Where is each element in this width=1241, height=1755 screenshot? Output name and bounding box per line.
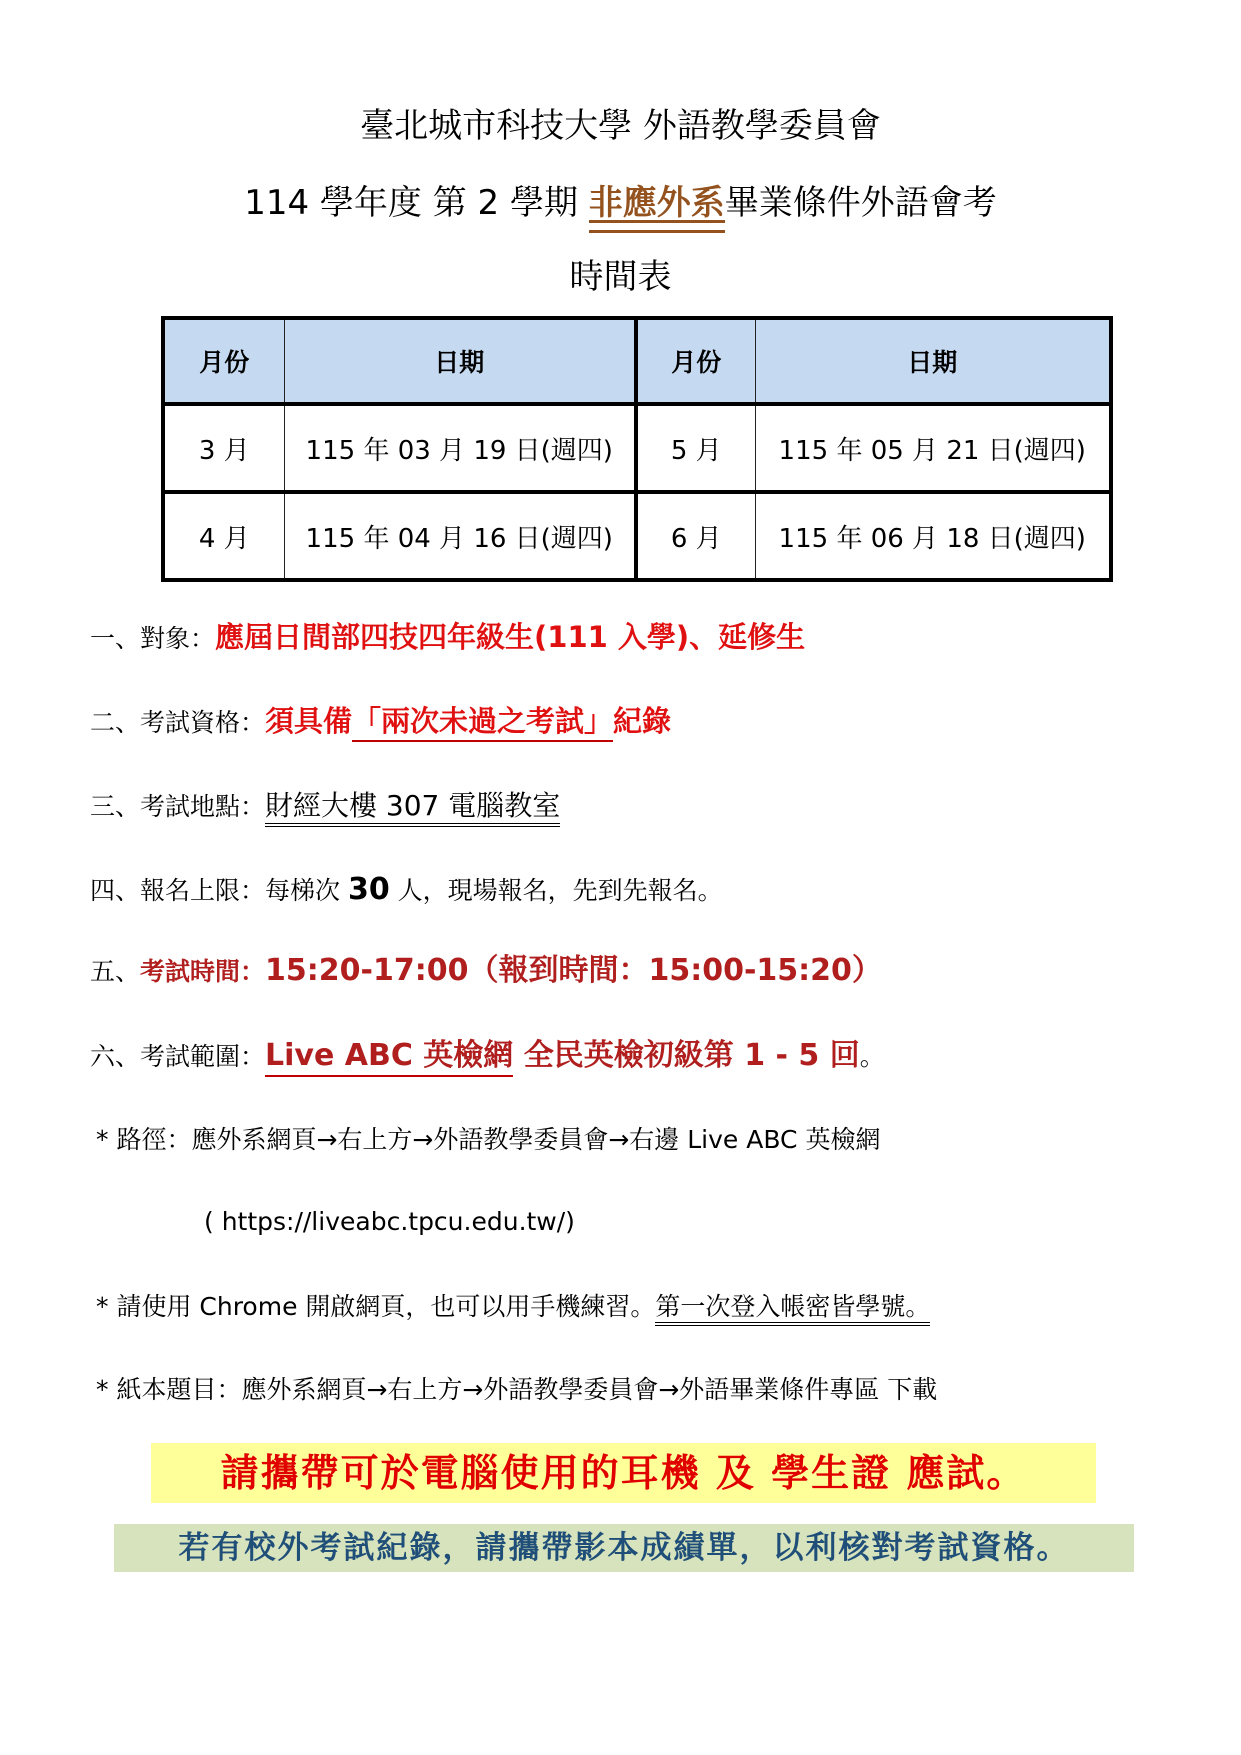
table-header-row: 月份 日期 月份 日期 bbox=[163, 318, 1111, 404]
item-label: 三、考試地點： bbox=[90, 792, 265, 821]
exam-title-prefix: 114 學年度 第 2 學期 bbox=[244, 183, 589, 223]
month-cell: 6 月 bbox=[636, 492, 755, 580]
item-value-prefix: 每梯次 bbox=[265, 876, 348, 905]
item-exam-time: 五、考試時間：15:20-17:00（報到時間：15:00-15:20） bbox=[90, 953, 882, 990]
table-row: 3 月 115 年 03 月 19 日(週四) 5 月 115 年 05 月 2… bbox=[163, 404, 1111, 492]
item-label: 考試時間： bbox=[140, 957, 265, 986]
month-cell: 3 月 bbox=[163, 404, 284, 492]
month-cell: 5 月 bbox=[636, 404, 755, 492]
note-chrome-underlined: 第一次登入帳密皆學號。 bbox=[655, 1292, 930, 1326]
note-chrome-text: * 請使用 Chrome 開啟網頁，也可以用手機練習。 bbox=[96, 1292, 655, 1321]
item-value: 應屆日間部四技四年級生(111 入學)、延修生 bbox=[215, 620, 805, 654]
item-value: 15:20-17:00（報到時間：15:00-15:20） bbox=[265, 953, 882, 988]
item-location: 三、考試地點：財經大樓 307 電腦教室 bbox=[90, 788, 560, 825]
item-exam-scope: 六、考試範圍：Live ABC 英檢網 全民英檢初級第 1 - 5 回。 bbox=[90, 1038, 885, 1075]
item-label: 四、報名上限： bbox=[90, 876, 265, 905]
item-value-number: 30 bbox=[348, 872, 390, 907]
note-chrome: * 請使用 Chrome 開啟網頁，也可以用手機練習。第一次登入帳密皆學號。 bbox=[96, 1289, 930, 1325]
note-paper: * 紙本題目：應外系網頁→右上方→外語教學委員會→外語畢業條件專區 下載 bbox=[96, 1372, 937, 1408]
schedule-table: 月份 日期 月份 日期 3 月 115 年 03 月 19 日(週四) 5 月 … bbox=[161, 316, 1113, 582]
date-cell: 115 年 06 月 18 日(週四) bbox=[755, 492, 1111, 580]
date-cell: 115 年 03 月 19 日(週四) bbox=[284, 404, 636, 492]
exam-title-suffix: 畢業條件外語會考 bbox=[725, 183, 997, 223]
item-label: 二、考試資格： bbox=[90, 708, 265, 737]
item-value-suffix: 紀錄 bbox=[613, 704, 671, 738]
item-value-prefix: 須具備 bbox=[265, 704, 352, 738]
column-header-date: 日期 bbox=[284, 318, 636, 404]
table-row: 4 月 115 年 04 月 16 日(週四) 6 月 115 年 06 月 1… bbox=[163, 492, 1111, 580]
month-cell: 4 月 bbox=[163, 492, 284, 580]
headphone-reminder-banner: 請攜帶可於電腦使用的耳機 及 學生證 應試。 bbox=[151, 1443, 1096, 1503]
org-title: 臺北城市科技大學 外語教學委員會 bbox=[0, 104, 1241, 148]
date-cell: 115 年 04 月 16 日(週四) bbox=[284, 492, 636, 580]
item-label-number: 五、 bbox=[90, 957, 140, 986]
column-header-month: 月份 bbox=[636, 318, 755, 404]
item-label: 一、對象： bbox=[90, 624, 215, 653]
item-value-link[interactable]: Live ABC 英檢網 bbox=[265, 1038, 513, 1077]
external-record-banner: 若有校外考試紀錄，請攜帶影本成績單，以利核對考試資格。 bbox=[114, 1524, 1134, 1572]
exam-title: 114 學年度 第 2 學期 非應外系畢業條件外語會考 bbox=[0, 181, 1241, 225]
item-target: 一、對象：應屆日間部四技四年級生(111 入學)、延修生 bbox=[90, 619, 805, 657]
column-header-month: 月份 bbox=[163, 318, 284, 404]
item-eligibility: 二、考試資格：須具備「兩次未過之考試」紀錄 bbox=[90, 703, 671, 741]
schedule-title: 時間表 bbox=[0, 255, 1241, 299]
item-value-suffix: 人，現場報名，先到先報名。 bbox=[390, 876, 723, 905]
item-value-suffix: 全民英檢初級第 1 - 5 回 bbox=[513, 1038, 859, 1073]
item-value: 財經大樓 307 電腦教室 bbox=[265, 789, 560, 827]
item-label: 六、考試範圍： bbox=[90, 1042, 265, 1071]
item-capacity: 四、報名上限：每梯次 30 人，現場報名，先到先報名。 bbox=[90, 872, 723, 909]
item-value-end: 。 bbox=[860, 1042, 885, 1071]
item-value-underlined: 「兩次未過之考試」 bbox=[352, 704, 613, 742]
note-path: * 路徑：應外系網頁→右上方→外語教學委員會→右邊 Live ABC 英檢網 bbox=[96, 1122, 880, 1158]
note-url[interactable]: ( https://liveabc.tpcu.edu.tw/) bbox=[204, 1204, 575, 1240]
column-header-date: 日期 bbox=[755, 318, 1111, 404]
exam-title-highlight: 非應外系 bbox=[589, 181, 725, 225]
date-cell: 115 年 05 月 21 日(週四) bbox=[755, 404, 1111, 492]
